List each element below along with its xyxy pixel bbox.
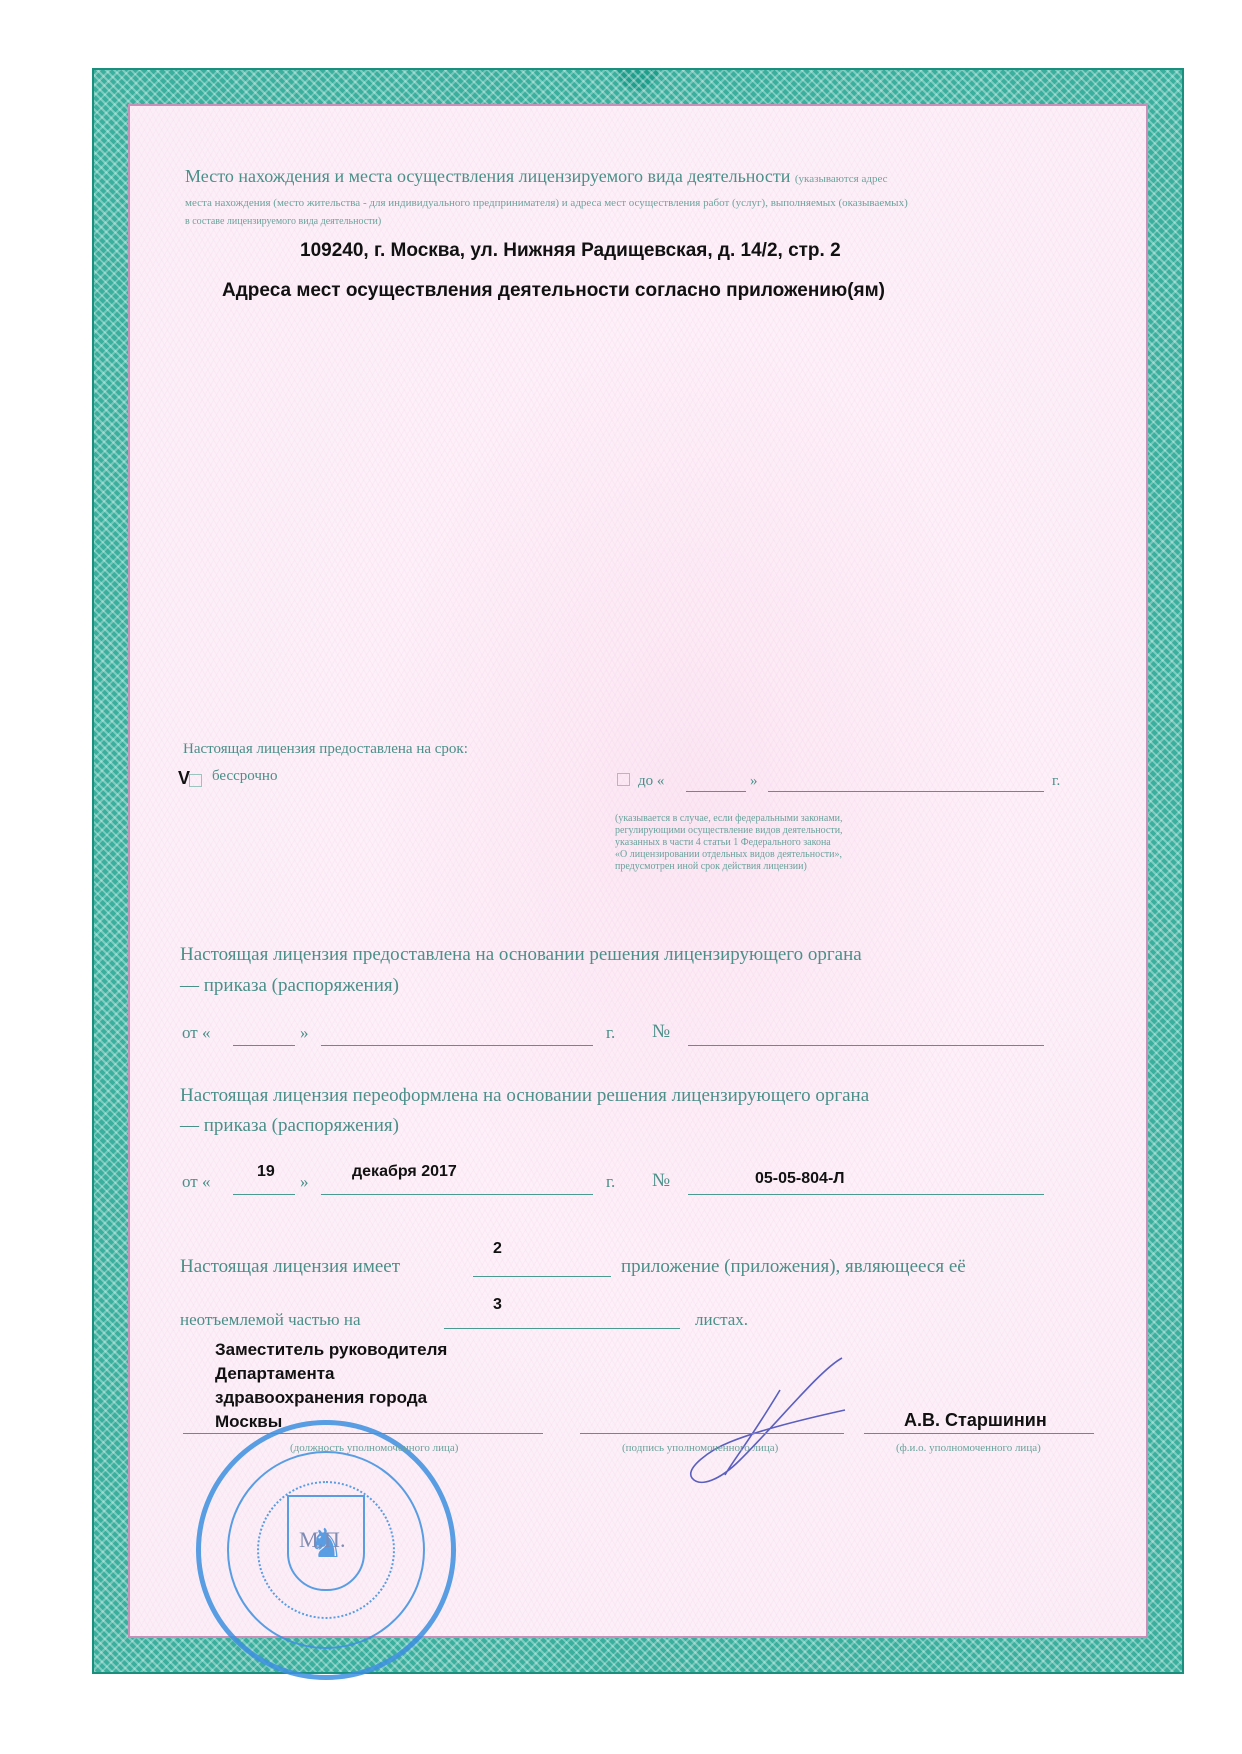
unlimited-checkbox[interactable] [189, 774, 202, 787]
position-line: Москвы [215, 1410, 447, 1434]
signatory-position: Заместитель руководителя Департамента зд… [215, 1338, 447, 1434]
signature-underline [580, 1433, 844, 1434]
reissued-number: 05-05-804-Л [755, 1170, 845, 1188]
until-checkbox[interactable] [617, 773, 630, 786]
granted-from-label: от « [182, 1023, 210, 1043]
until-note-line: регулирующими осуществление видов деятел… [615, 825, 843, 837]
signature-caption: (подпись уполномоченного лица) [622, 1442, 778, 1454]
granted-day-line [233, 1045, 295, 1046]
until-note-line: указанных в части 4 статьи 1 Федеральног… [615, 837, 843, 849]
reissued-year-suffix: г. [606, 1172, 615, 1192]
reissued-from-label: от « [182, 1172, 210, 1192]
appendix-sheets: 3 [493, 1296, 502, 1314]
until-note: (указывается в случае, если федеральными… [615, 813, 843, 873]
addresses-note: Адреса мест осуществления деятельности с… [222, 280, 885, 302]
reissued-number-line [688, 1194, 1044, 1195]
appendix-line1-prefix: Настоящая лицензия имеет [180, 1256, 400, 1278]
position-line: здравоохранения города [215, 1386, 447, 1410]
reissued-line1: Настоящая лицензия переоформлена на осно… [180, 1085, 869, 1107]
reissued-day: 19 [257, 1163, 275, 1181]
position-caption: (должность уполномоченного лица) [290, 1442, 458, 1454]
until-year-suffix: г. [1052, 773, 1060, 790]
heading-note-line2: места нахождения (место жительства - для… [185, 197, 908, 209]
appendix-line2-prefix: неотъемлемой частью на [180, 1310, 361, 1330]
until-date-line [768, 791, 1044, 792]
appendix-line2-suffix: листах. [695, 1310, 748, 1330]
granted-line2: — приказа (распоряжения) [180, 975, 399, 997]
location-heading-text: Место нахождения и места осуществления л… [185, 166, 790, 186]
heading-note: (указываются адрес [795, 173, 888, 185]
until-label: до « [638, 773, 664, 790]
position-line: Департамента [215, 1362, 447, 1386]
granted-line1: Настоящая лицензия предоставлена на осно… [180, 944, 862, 966]
granted-number-label: № [652, 1021, 670, 1043]
name-underline [864, 1433, 1094, 1434]
granted-number-line [688, 1045, 1044, 1046]
appendix-count-line [473, 1276, 611, 1277]
stamp-label: М.П. [299, 1527, 345, 1553]
name-caption: (ф.и.о. уполномоченного лица) [896, 1442, 1041, 1454]
term-label: Настоящая лицензия предоставлена на срок… [183, 741, 468, 758]
until-close-quote: » [750, 773, 758, 790]
reissued-line2: — приказа (распоряжения) [180, 1115, 399, 1137]
appendix-count: 2 [493, 1240, 502, 1258]
reissued-close-quote: » [300, 1172, 309, 1192]
reissued-month-year: декабря 2017 [352, 1163, 457, 1181]
granted-close-quote: » [300, 1023, 309, 1043]
reissued-day-line [233, 1194, 295, 1195]
heading-note-line3: в составе лицензируемого вида деятельнос… [185, 216, 381, 227]
reissued-date-line [321, 1194, 593, 1195]
unlimited-label: бессрочно [212, 768, 277, 785]
appendix-sheets-line [444, 1328, 680, 1329]
until-day-line [686, 791, 746, 792]
official-stamp: ♞ М.П. [196, 1420, 456, 1680]
handwritten-signature [630, 1350, 860, 1490]
signatory-name: А.В. Старшинин [904, 1410, 1047, 1431]
until-note-line: (указывается в случае, если федеральными… [615, 813, 843, 825]
until-note-line: «О лицензировании отдельных видов деятел… [615, 849, 843, 861]
position-line: Заместитель руководителя [215, 1338, 447, 1362]
address: 109240, г. Москва, ул. Нижняя Радищевска… [300, 240, 841, 262]
reissued-number-label: № [652, 1170, 670, 1192]
granted-date-line [321, 1045, 593, 1046]
granted-year-suffix: г. [606, 1023, 615, 1043]
until-note-line: предусмотрен иной срок действия лицензии… [615, 861, 843, 873]
location-heading: Место нахождения и места осуществления л… [185, 166, 888, 187]
appendix-line1-suffix: приложение (приложения), являющееся её [621, 1256, 966, 1278]
position-line-underline [183, 1433, 543, 1434]
